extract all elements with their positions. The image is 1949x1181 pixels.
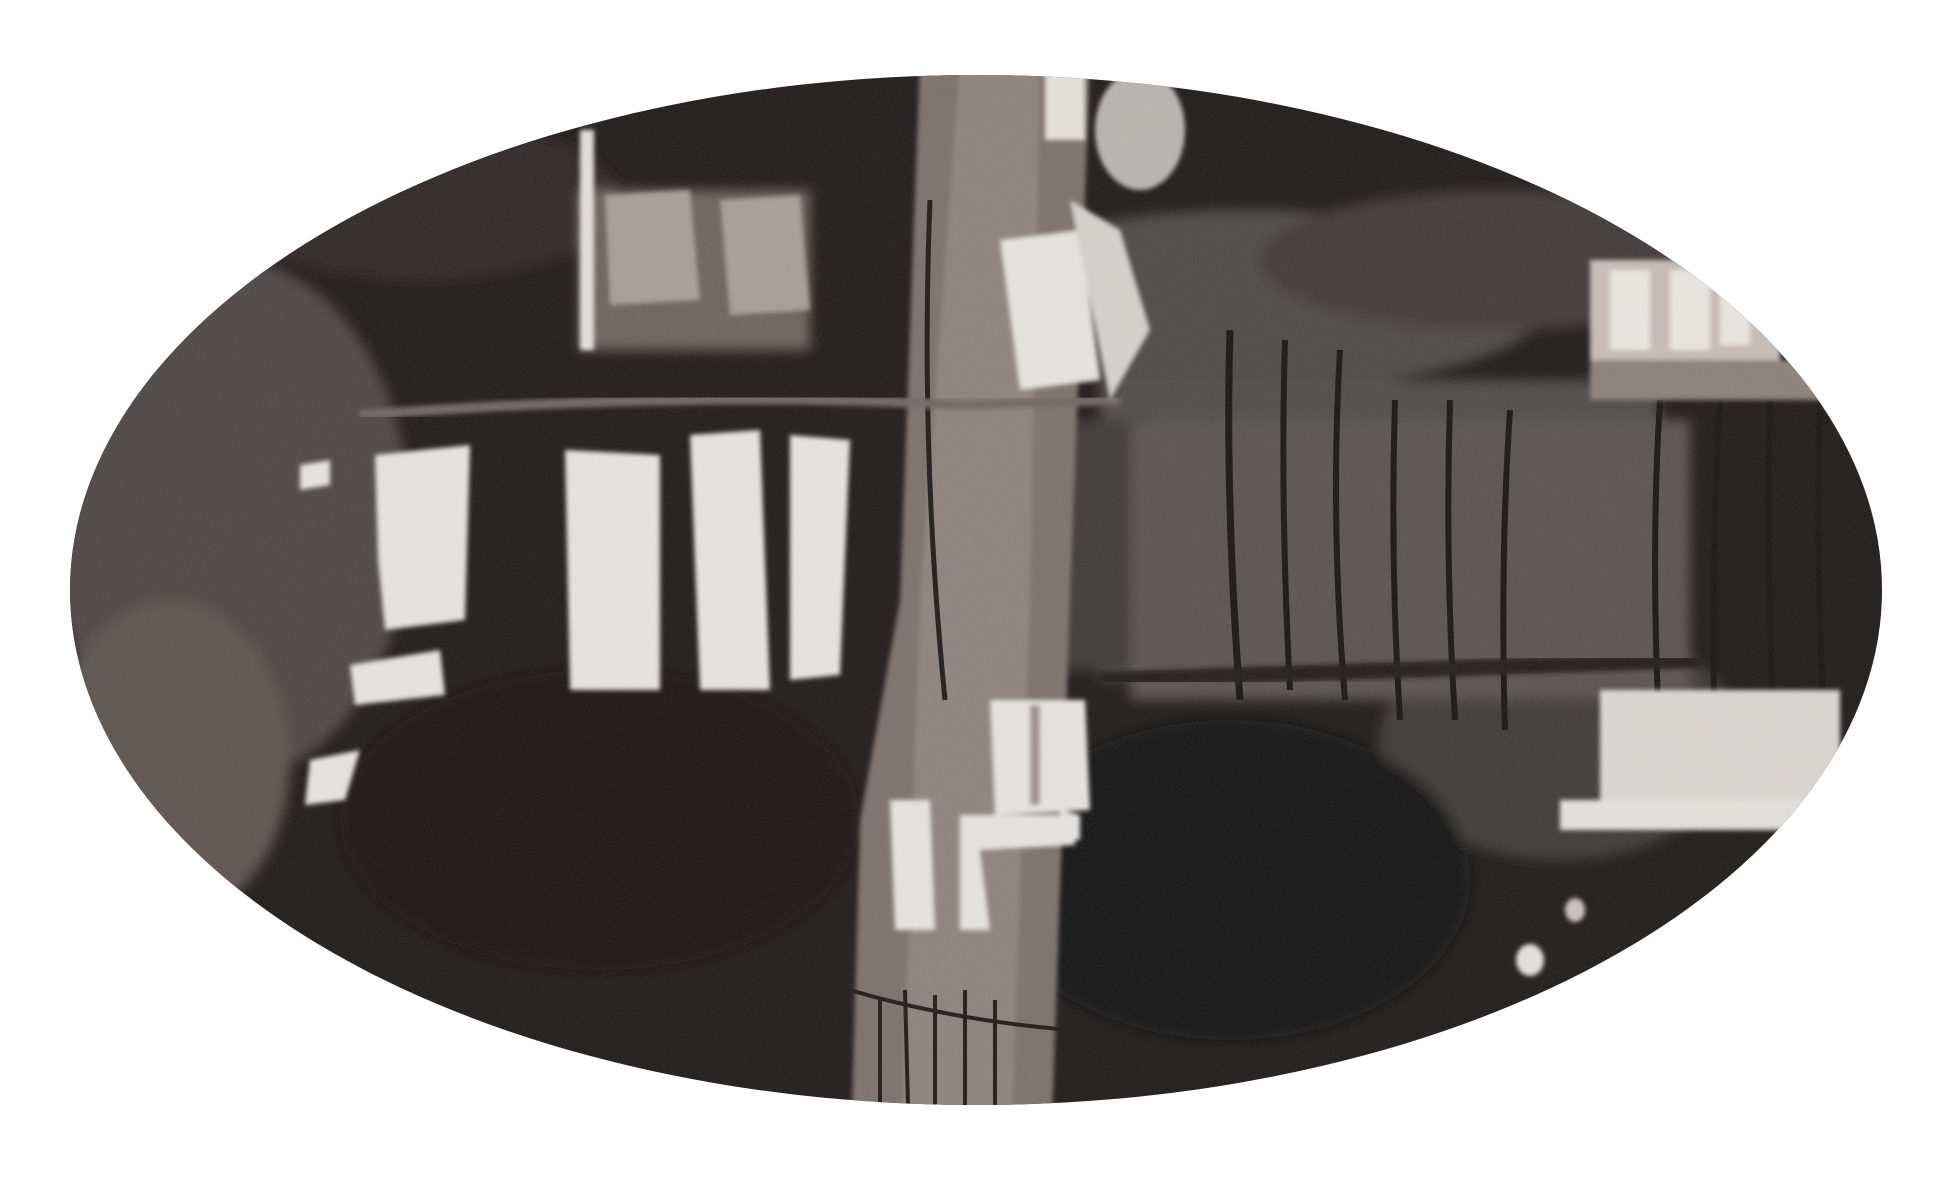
felt-artwork-oval <box>0 0 1949 1181</box>
oval-canvas <box>0 0 1949 1181</box>
